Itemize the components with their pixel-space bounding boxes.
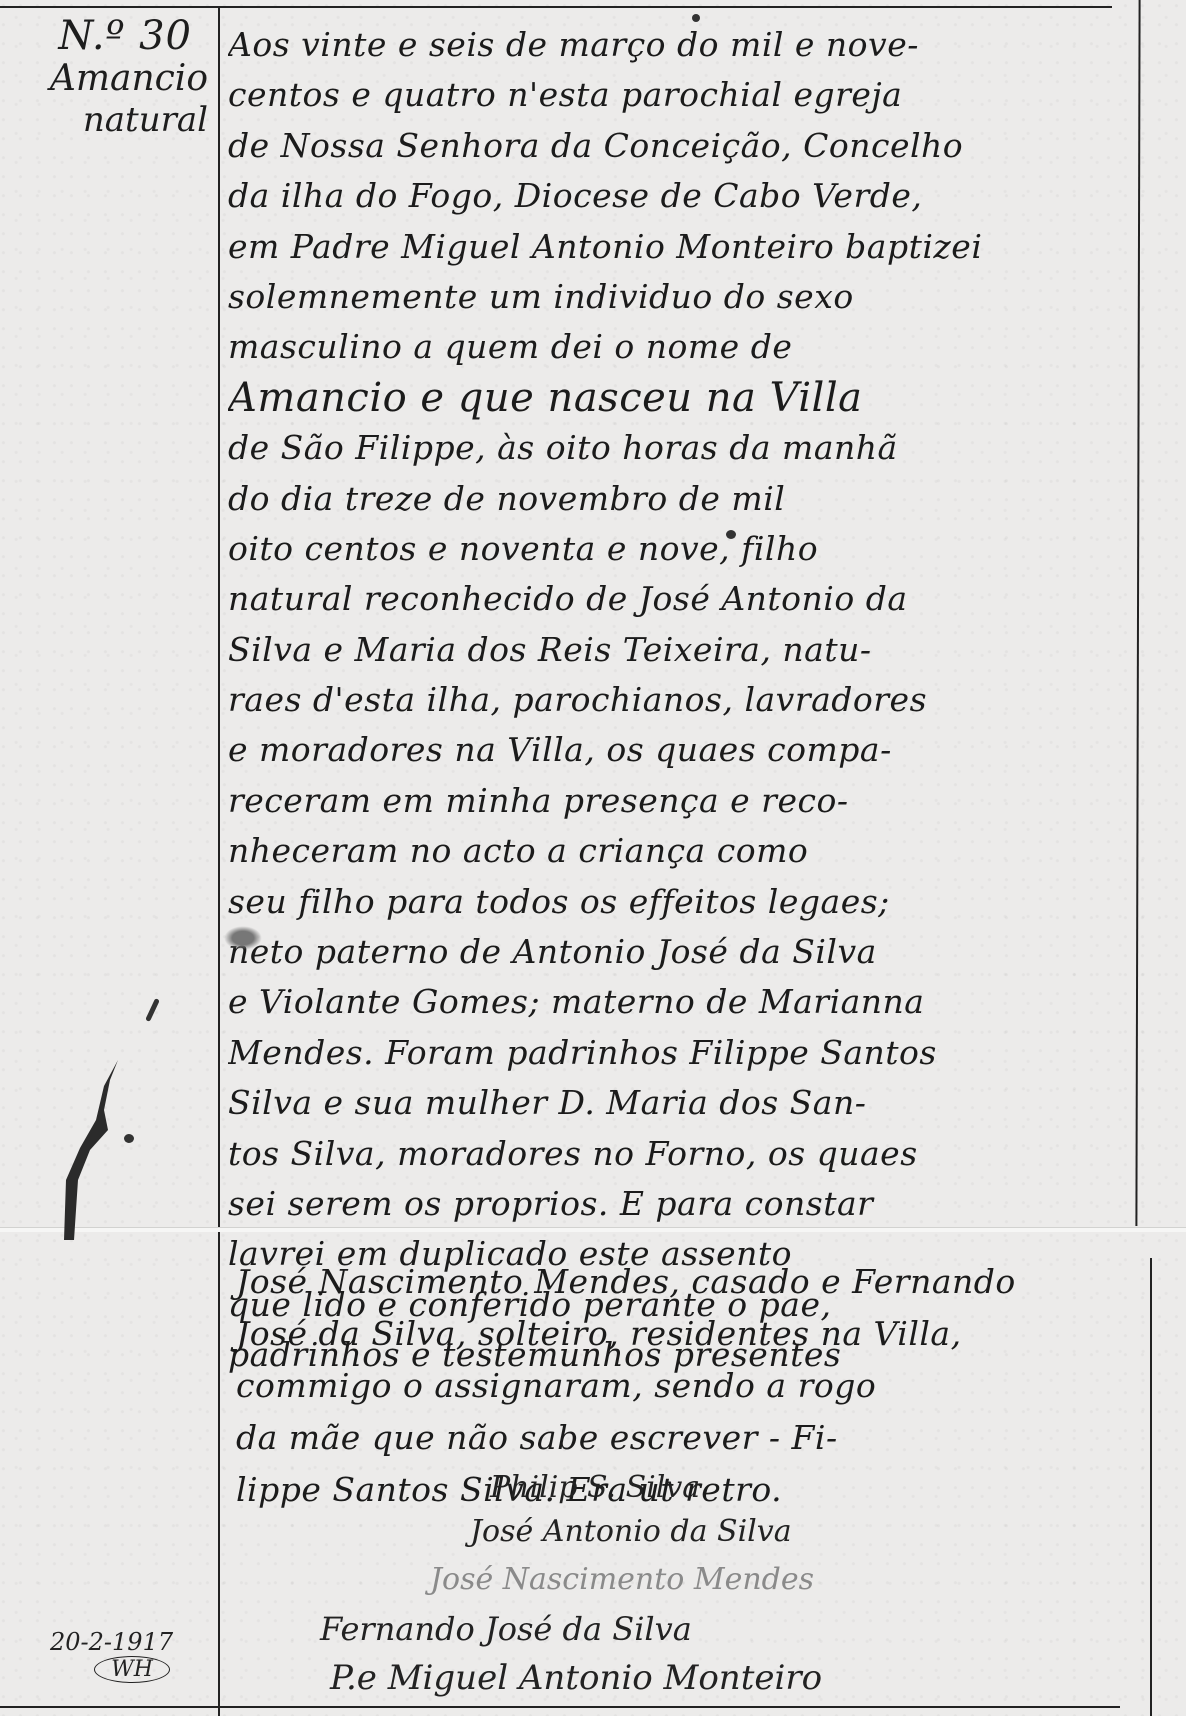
signature-witness-2: Fernando José da Silva — [320, 1610, 692, 1648]
annotation-initials: WH — [94, 1656, 170, 1683]
baptized-name: Amancio — [0, 58, 214, 100]
body-line: Silva e sua mulher D. Maria dos San- — [228, 1078, 1128, 1128]
entry-number: N.º 30 — [0, 14, 214, 58]
signature-witness-1: José Nascimento Mendes — [430, 1562, 814, 1597]
body-line: de Nossa Senhora da Conceição, Concelho — [228, 121, 1128, 171]
body-line: do dia treze de novembro de mil — [228, 474, 1128, 524]
body-line: raes d'esta ilha, parochianos, lavradore… — [228, 675, 1128, 725]
ink-dot-icon — [692, 14, 700, 22]
continuation-line: commigo o assignaram, sendo a rogo — [236, 1360, 1136, 1412]
ink-dot-icon — [726, 530, 736, 539]
right-border-upper — [1135, 0, 1140, 1226]
body-line: e Violante Gomes; materno de Marianna — [228, 977, 1128, 1027]
body-line: centos e quatro n'esta parochial egreja — [228, 70, 1128, 120]
signature-priest: P.e Miguel Antonio Monteiro — [330, 1658, 822, 1698]
top-rule — [0, 6, 1112, 8]
continuation-line: José da Silva, solteiro, residentes na V… — [236, 1308, 1136, 1360]
body-line: natural reconhecido de José Antonio da — [228, 574, 1128, 624]
signature-godfather: Philip S. Silva — [490, 1470, 700, 1505]
margin-column-divider — [218, 6, 220, 1716]
body-line: oito centos e noventa e nove, filho — [228, 524, 1128, 574]
entry-body: Aos vinte e seis de março do mil e nove-… — [228, 20, 1128, 1381]
body-line: nheceram no acto a criança como — [228, 826, 1128, 876]
body-line: neto paterno de Antonio José da Silva — [228, 927, 1128, 977]
right-border-lower — [1150, 1258, 1152, 1716]
ink-dot-icon — [124, 1134, 134, 1143]
ink-mark-icon — [145, 998, 160, 1022]
continuation-line: da mãe que não sabe escrever - Fi- — [236, 1412, 1136, 1464]
body-line: em Padre Miguel Antonio Monteiro baptize… — [228, 222, 1128, 272]
body-line-child-name: Amancio e que nasceu na Villa — [228, 373, 1128, 423]
body-line: Silva e Maria dos Reis Teixeira, natu- — [228, 625, 1128, 675]
ink-stain-icon — [60, 1060, 124, 1240]
body-line: de São Filippe, às oito horas da manhã — [228, 423, 1128, 473]
body-line: Mendes. Foram padrinhos Filippe Santos — [228, 1028, 1128, 1078]
register-page: N.º 30 Amancio natural Aos vinte e seis … — [0, 0, 1186, 1716]
body-line: da ilha do Fogo, Diocese de Cabo Verde, — [228, 171, 1128, 221]
body-line: seu filho para todos os effeitos legaes; — [228, 877, 1128, 927]
body-line: masculino a quem dei o nome de — [228, 322, 1128, 372]
signature-father: José Antonio da Silva — [470, 1514, 792, 1549]
annotation-date: 20-2-1917 — [50, 1628, 173, 1656]
margin-annotation: 20-2-1917 WH — [50, 1628, 173, 1683]
body-line: Aos vinte e seis de março do mil e nove- — [228, 20, 1128, 70]
margin-column: N.º 30 Amancio natural — [0, 14, 214, 140]
bottom-rule — [0, 1706, 1120, 1708]
continuation-line: José Nascimento Mendes, casado e Fernand… — [236, 1256, 1136, 1308]
body-line: receram em minha presença e reco- — [228, 776, 1128, 826]
body-line: sei serem os proprios. E para constar — [228, 1179, 1128, 1229]
body-line: solemnemente um individuo do sexo — [228, 272, 1128, 322]
ink-smudge-icon — [224, 926, 262, 950]
body-line: e moradores na Villa, os quaes compa- — [228, 725, 1128, 775]
body-line: tos Silva, moradores no Forno, os quaes — [228, 1129, 1128, 1179]
birth-status: natural — [0, 100, 214, 140]
